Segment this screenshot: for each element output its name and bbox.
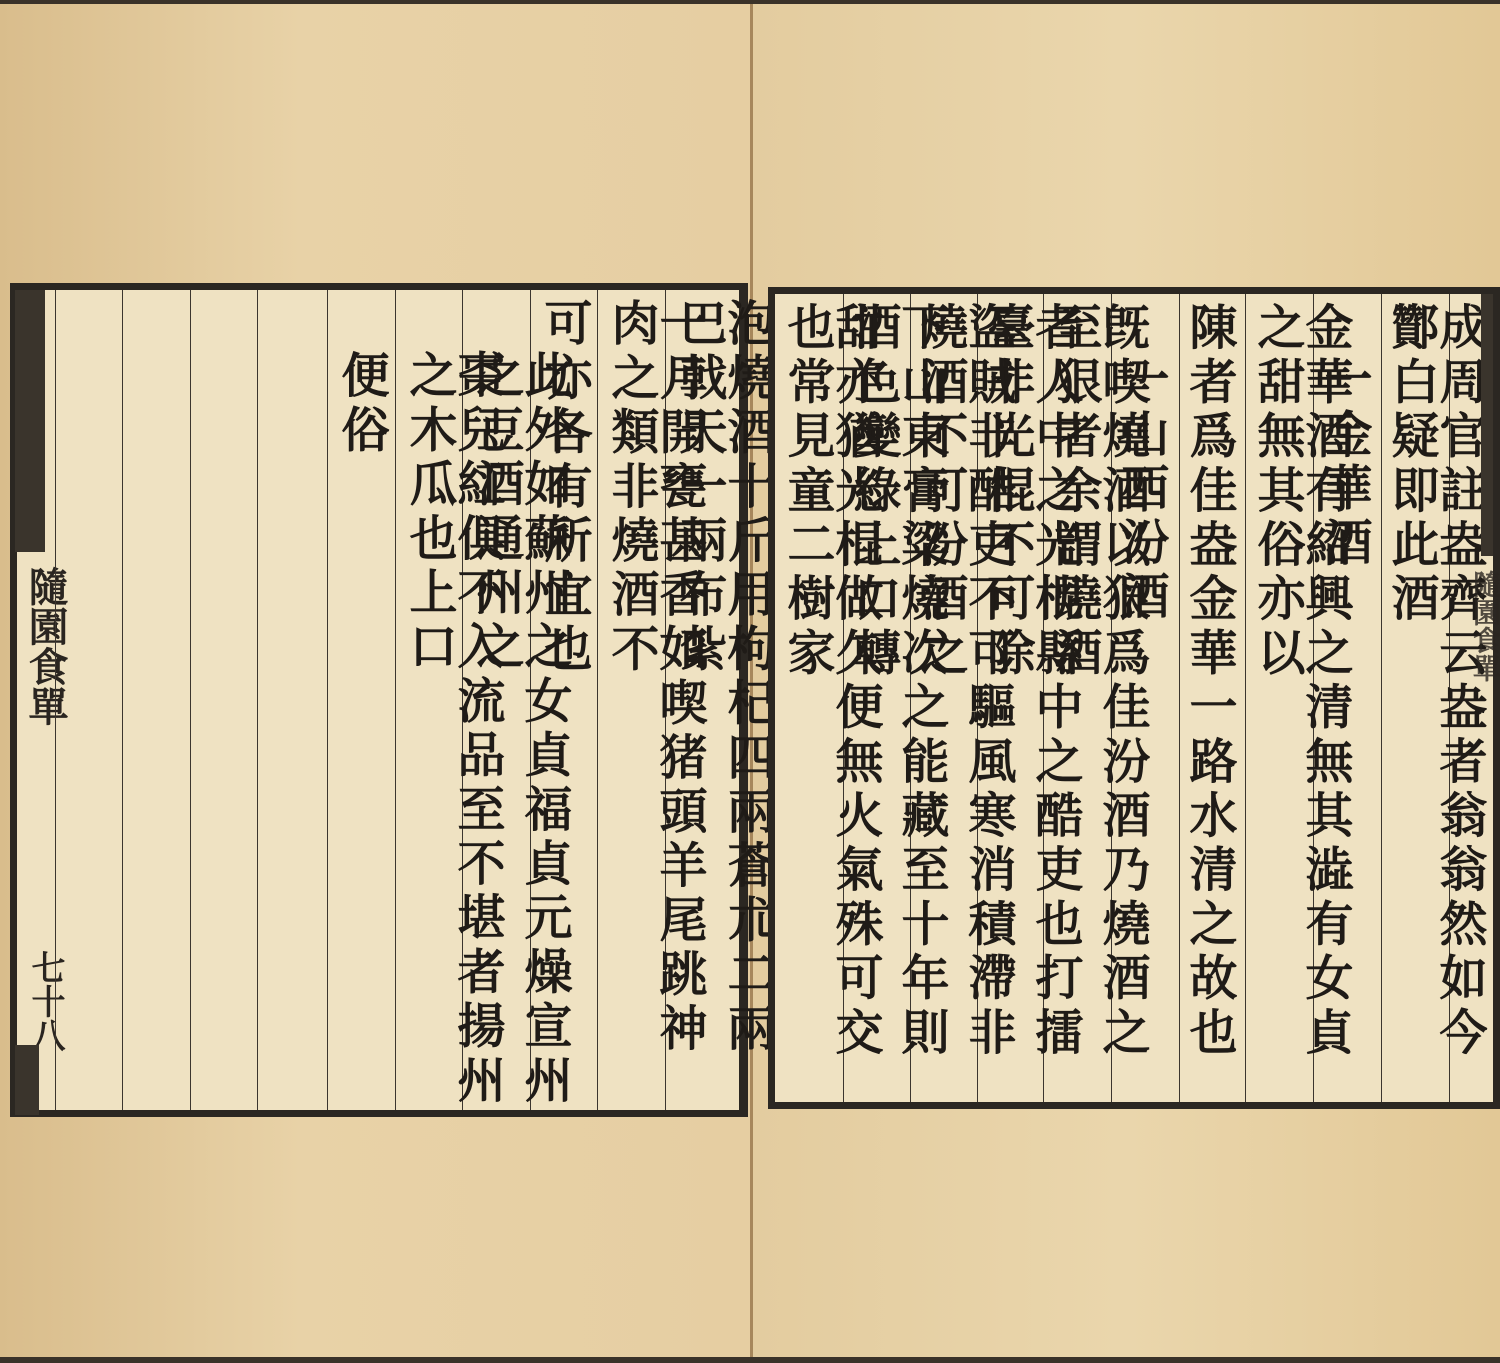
text-column: 便俗 xyxy=(337,350,385,458)
column-rule xyxy=(1381,294,1382,1102)
scan-bottom-edge xyxy=(0,1357,1500,1363)
fishtail-top-right xyxy=(1481,294,1493,556)
column-rule xyxy=(190,290,191,1110)
column-rule xyxy=(1245,294,1246,1102)
scan-top-edge xyxy=(0,0,1500,4)
text-column: 甜亦猶光棍做久便無火氣殊可交也常見童二樹家 xyxy=(783,302,879,1102)
column-rule xyxy=(257,290,258,1110)
column-rule xyxy=(597,290,598,1110)
text-column: 陳者爲佳盎金華一路水清之故也 xyxy=(1185,302,1233,1061)
column-rule xyxy=(327,290,328,1110)
text-column: 金華酒有紹興之清無其澁有女貞之甜無其俗亦以 xyxy=(1253,302,1349,1102)
text-column: 一月開甕甚香如喫猪頭羊尾跳神肉之類非燒酒不 xyxy=(607,298,703,1110)
column-rule xyxy=(122,290,123,1110)
column-rule xyxy=(395,290,396,1110)
book-spread: 隨園食單 七十八 泡燒酒十斤用枸杞四兩蒼朮二兩巴戟天一兩布紮 一月開甕甚香如喫猪… xyxy=(0,0,1500,1363)
right-page-frame: 成周官註盎齊云盎者翁翁然如今酇白疑即此酒 一金華酒 金華酒有紹興之清無其澁有女貞… xyxy=(768,287,1500,1109)
column-rule xyxy=(1179,294,1180,1102)
book-title-margin-right: 隨園食單 xyxy=(1465,570,1500,682)
page-number: 七十八 xyxy=(21,950,70,1052)
text-column: 成周官註盎齊云盎者翁翁然如今酇白疑即此酒 xyxy=(1387,302,1483,1102)
column-rule xyxy=(55,290,56,1110)
fishtail-bottom-left xyxy=(15,1045,39,1115)
fishtail-top-left xyxy=(15,290,45,552)
left-page-frame: 隨園食單 七十八 泡燒酒十斤用枸杞四兩蒼朮二兩巴戟天一兩布紮 一月開甕甚香如喫猪… xyxy=(10,283,748,1117)
book-title-margin-left: 隨園食單 xyxy=(17,566,74,726)
text-column: 棗兒紅俱不入流品至不堪者揚州之木瓜也上口 xyxy=(405,350,501,1110)
